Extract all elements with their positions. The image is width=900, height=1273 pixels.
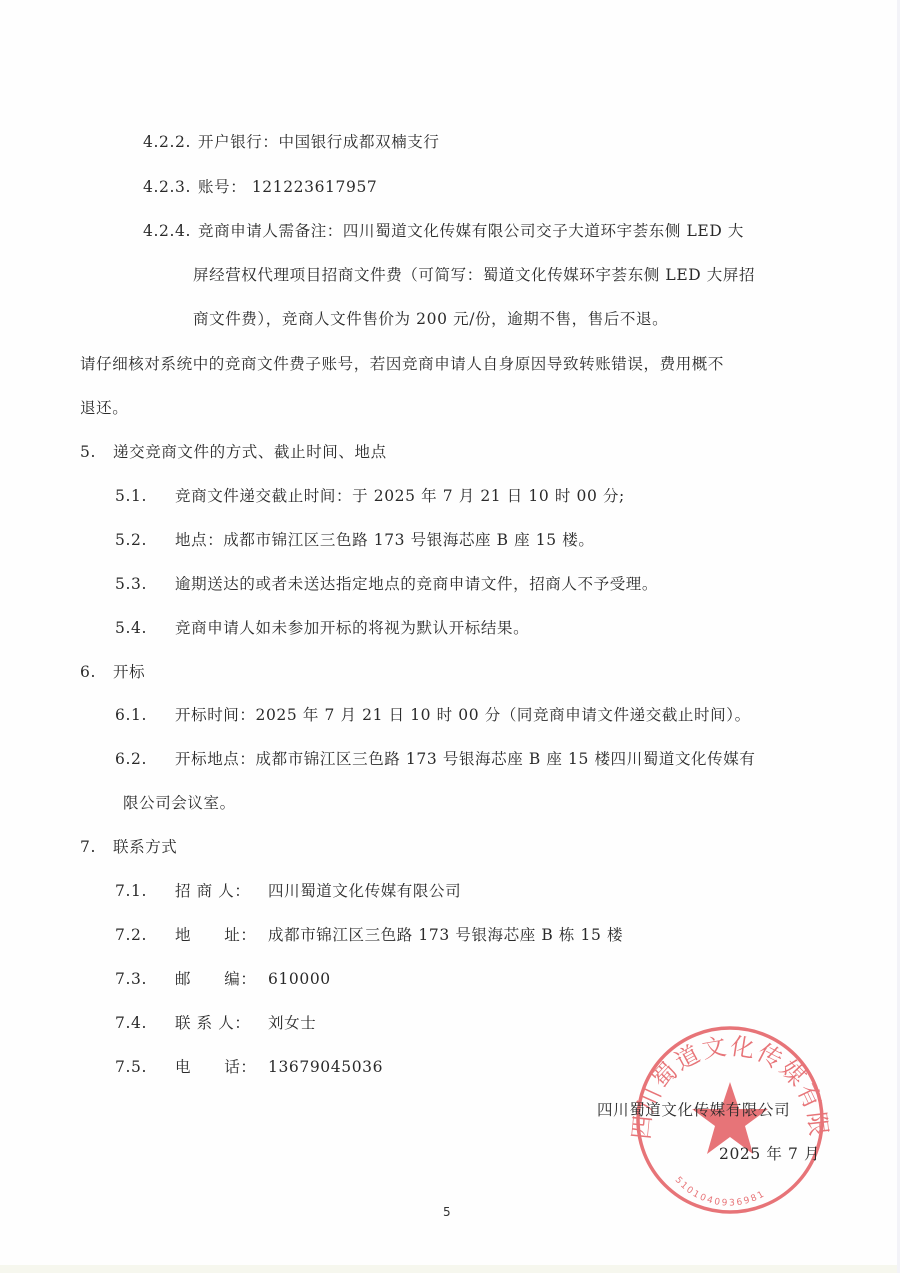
item-number: 7.5. <box>115 1057 147 1077</box>
item-number: 5.3. <box>115 574 147 594</box>
contact-label: 地 址： <box>175 925 256 945</box>
contact-value: 成都市锦江区三色路 173 号银海芯座 B 栋 15 楼 <box>268 925 623 945</box>
section-title: 联系方式 <box>113 837 177 857</box>
item-number: 6.2. <box>115 749 147 769</box>
contact-label: 联 系 人： <box>175 1013 250 1033</box>
svg-text:5101040936981: 5101040936981 <box>673 1175 768 1208</box>
section-number: 5. <box>80 442 96 462</box>
item-number: 7.3. <box>115 969 147 989</box>
item-number: 4.2.4. <box>143 221 191 241</box>
section-number: 7. <box>80 837 96 857</box>
contact-label: 电 话： <box>175 1057 256 1077</box>
signature-date: 2025 年 7 月 <box>719 1142 820 1164</box>
item-number: 7.4. <box>115 1013 147 1033</box>
item-text: 地点：成都市锦江区三色路 173 号银海芯座 B 座 15 楼。 <box>175 530 594 550</box>
contact-value: 刘女士 <box>268 1013 316 1033</box>
section-number: 6. <box>80 662 96 682</box>
item-text: 开标时间：2025 年 7 月 21 日 10 时 00 分（同竞商申请文件递交… <box>175 705 751 725</box>
item-number: 6.1. <box>115 705 147 725</box>
item-number: 5.4. <box>115 618 147 638</box>
section-title: 开标 <box>113 662 145 682</box>
item-text: 账号： 121223617957 <box>198 177 377 197</box>
contact-label: 招 商 人： <box>175 881 250 901</box>
note-line-1: 请仔细核对系统中的竞商文件费子账号，若因竞商申请人自身原因导致转账错误，费用概不 <box>80 354 724 374</box>
contact-label: 邮 编： <box>175 969 256 989</box>
item-number: 7.2. <box>115 925 147 945</box>
page-number: 5 <box>443 1205 451 1219</box>
item-text: 竞商申请人如未参加开标的将视为默认开标结果。 <box>175 618 529 638</box>
item-text-line-1: 竞商申请人需备注：四川蜀道文化传媒有限公司交子大道环宇荟东侧 LED 大 <box>198 221 744 241</box>
section-title: 递交竞商文件的方式、截止时间、地点 <box>113 442 387 462</box>
item-text-line-1: 开标地点：成都市锦江区三色路 173 号银海芯座 B 座 15 楼四川蜀道文化传… <box>175 749 755 769</box>
contact-value: 610000 <box>268 969 331 989</box>
item-text: 开户银行：中国银行成都双楠支行 <box>198 132 440 152</box>
item-number: 5.2. <box>115 530 147 550</box>
item-number: 4.2.2. <box>143 132 191 152</box>
item-number: 5.1. <box>115 486 147 506</box>
item-text-line-2: 限公司会议室。 <box>123 793 236 813</box>
contact-value: 13679045036 <box>268 1057 383 1077</box>
item-text: 竞商文件递交截止时间：于 2025 年 7 月 21 日 10 时 00 分; <box>175 486 625 506</box>
item-text: 逾期送达的或者未送达指定地点的竞商申请文件，招商人不予受理。 <box>175 574 658 594</box>
note-line-2: 退还。 <box>80 398 128 418</box>
item-text-line-2: 屏经营权代理项目招商文件费（可简写：蜀道文化传媒环宇荟东侧 LED 大屏招 <box>193 265 755 285</box>
item-number: 4.2.3. <box>143 177 191 197</box>
item-text-line-3: 商文件费），竞商人文件售价为 200 元/份，逾期不售，售后不退。 <box>193 309 668 329</box>
contact-value: 四川蜀道文化传媒有限公司 <box>268 881 461 901</box>
document-page: 4.2.2. 开户银行：中国银行成都双楠支行 4.2.3. 账号： 121223… <box>0 0 900 1273</box>
scan-edge-bottom <box>0 1265 900 1273</box>
item-number: 7.1. <box>115 881 147 901</box>
signature-company: 四川蜀道文化传媒有限公司 <box>597 1098 790 1120</box>
